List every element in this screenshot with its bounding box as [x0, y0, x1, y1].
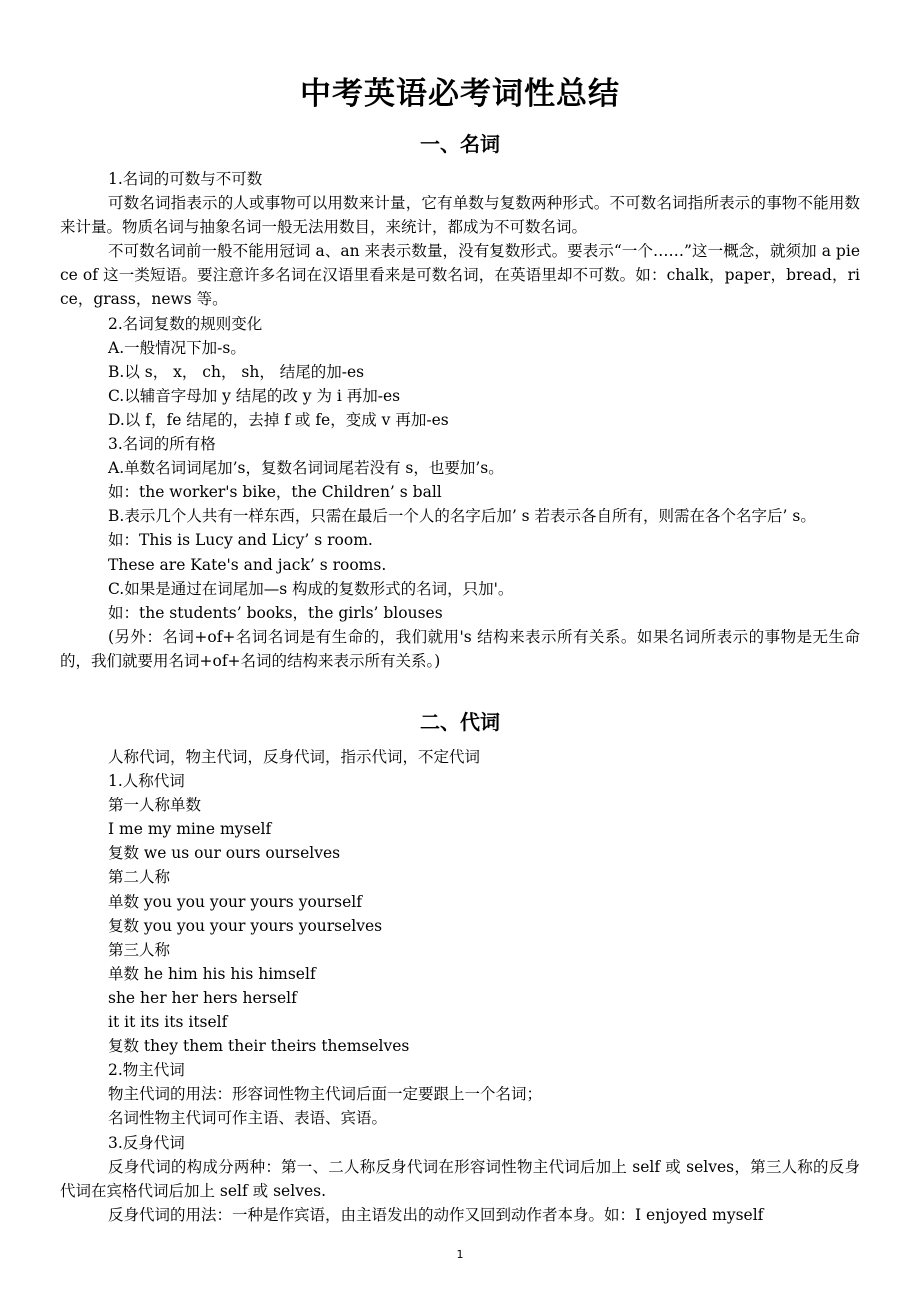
example-line: 如：the students’ books，the girls’ blouses: [60, 601, 860, 625]
list-item: she her her hers herself: [60, 986, 860, 1010]
section-body-pronouns: 人称代词，物主代词，反身代词，指示代词，不定代词 1.人称代词 第一人称单数 I…: [60, 745, 860, 1227]
example-line: 如：This is Lucy and Licy’ s room.: [60, 528, 860, 552]
subheading: 2.名词复数的规则变化: [60, 312, 860, 336]
subheading: 2.物主代词: [60, 1058, 860, 1082]
list-item: 复数 we us our ours ourselves: [60, 841, 860, 865]
list-item: 第一人称单数: [60, 793, 860, 817]
list-item: A.一般情况下加-s。: [60, 336, 860, 360]
section-heading-nouns: 一、名词: [60, 130, 860, 158]
list-item: 复数 you you your yours yourselves: [60, 914, 860, 938]
list-item: C.以辅音字母加 y 结尾的改 y 为 i 再加-es: [60, 384, 860, 408]
list-item: A.单数名词词尾加’s，复数名词词尾若没有 s，也要加’s。: [60, 456, 860, 480]
list-item: 第二人称: [60, 865, 860, 889]
list-item: 单数 you you your yours yourself: [60, 890, 860, 914]
list-item: it it its its itself: [60, 1010, 860, 1034]
paragraph: 不可数名词前一般不能用冠词 a、an 来表示数量，没有复数形式。要表示“一个………: [60, 239, 860, 311]
list-item: C.如果是通过在词尾加—s 构成的复数形式的名词，只加'。: [60, 577, 860, 601]
intro-line: 人称代词，物主代词，反身代词，指示代词，不定代词: [60, 745, 860, 769]
list-item: 单数 he him his his himself: [60, 962, 860, 986]
list-item: B.以 s， x， ch， sh， 结尾的加-es: [60, 360, 860, 384]
list-item: 第三人称: [60, 938, 860, 962]
list-item: 名词性物主代词可作主语、表语、宾语。: [60, 1106, 860, 1130]
list-item: D.以 f，fe 结尾的，去掉 f 或 fe，变成 v 再加-es: [60, 408, 860, 432]
paragraph: 可数名词指表示的人或事物可以用数来计量，它有单数与复数两种形式。不可数名词指所表…: [60, 191, 860, 239]
list-item: 物主代词的用法：形容词性物主代词后面一定要跟上一个名词；: [60, 1082, 860, 1106]
section-heading-pronouns: 二、代词: [60, 708, 860, 736]
section-body-nouns: 1.名词的可数与不可数 可数名词指表示的人或事物可以用数来计量，它有单数与复数两…: [60, 167, 860, 673]
note-paragraph: (另外：名词+of+名词名词是有生命的，我们就用's 结构来表示所有关系。如果名…: [60, 625, 860, 673]
subheading: 1.名词的可数与不可数: [60, 167, 860, 191]
list-item: I me my mine myself: [60, 817, 860, 841]
subheading: 1.人称代词: [60, 769, 860, 793]
list-item: 复数 they them their theirs themselves: [60, 1034, 860, 1058]
document-title: 中考英语必考词性总结: [60, 74, 860, 114]
paragraph: 反身代词的用法：一种是作宾语，由主语发出的动作又回到动作者本身。如：I enjo…: [60, 1203, 860, 1227]
example-line: 如：the worker's bike，the Children’ s ball: [60, 480, 860, 504]
subheading: 3.名词的所有格: [60, 432, 860, 456]
paragraph: 反身代词的构成分两种：第一、二人称反身代词在形容词性物主代词后加上 self 或…: [60, 1155, 860, 1203]
paragraph: B.表示几个人共有一样东西，只需在最后一个人的名字后加’ s 若表示各自所有，则…: [60, 504, 860, 528]
page-number: 1: [0, 1248, 920, 1261]
subheading: 3.反身代词: [60, 1131, 860, 1155]
example-line: These are Kate's and jack’ s rooms.: [60, 553, 860, 577]
